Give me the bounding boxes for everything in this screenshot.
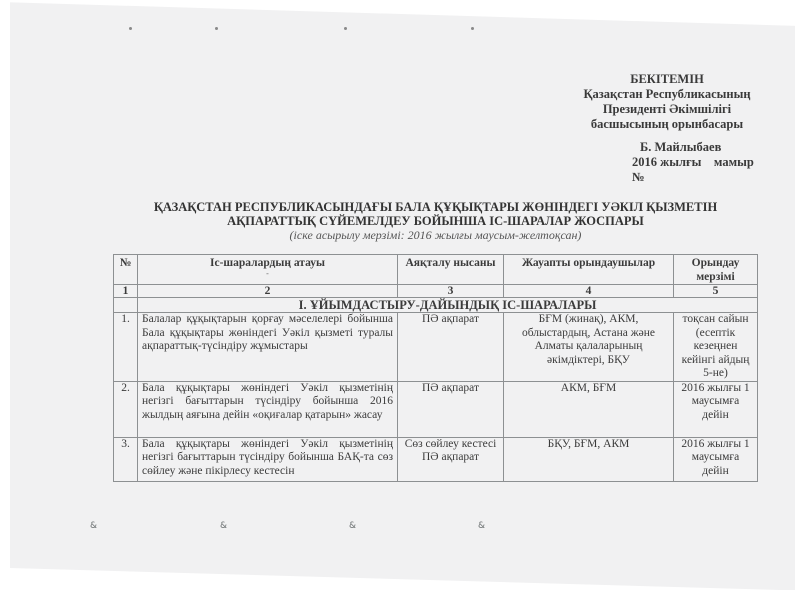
header-deadline: Орындау мерзімі: [674, 255, 758, 285]
activity-name: Балалар құқықтарын қорғау мәселелері бой…: [138, 313, 398, 382]
approval-heading: БЕКІТЕМІН: [572, 72, 762, 87]
section-row: I. ҰЙЫМДАСТЫРУ-ДАЙЫНДЫҚ ІС-ШАРАЛАРЫ: [114, 298, 758, 313]
scan-dot: [129, 27, 132, 30]
scan-mark: &: [90, 521, 97, 531]
approval-block: БЕКІТЕМІН Қазақстан Республикасының През…: [572, 72, 762, 132]
signatory-name: Б. Майлыбаев: [640, 140, 721, 155]
header-activity: Іс-шаралардың атауы-: [138, 255, 398, 285]
table-header-row: № Іс-шаралардың атауы- Аяқталу нысаны Жа…: [114, 255, 758, 285]
table-row: 3. Бала құқықтары жөніндегі Уәкіл қызмет…: [114, 437, 758, 481]
table-row: 2. Бала құқықтары жөніндегі Уәкіл қызмет…: [114, 381, 758, 437]
title-line: АҚПАРАТТЫҚ СҮЙЕМЕЛДЕУ БОЙЫНША ІС-ШАРАЛАР…: [113, 214, 758, 228]
column-number: 1: [114, 285, 138, 298]
deadline: тоқсан сайын (есептік кезеңнен кейінгі а…: [674, 313, 758, 382]
scan-dot: [344, 27, 347, 30]
column-number: 2: [138, 285, 398, 298]
column-number: 3: [398, 285, 504, 298]
header-number: №: [114, 255, 138, 285]
deadline: 2016 жылғы 1 маусымға дейін: [674, 381, 758, 437]
activity-name: Бала құқықтары жөніндегі Уәкіл қызметіні…: [138, 437, 398, 481]
scan-mark: &: [220, 521, 227, 531]
approval-date: 2016 жылғы мамыр: [632, 155, 754, 170]
plan-table: № Іс-шаралардың атауы- Аяқталу нысаны Жа…: [113, 254, 758, 482]
approval-line: басшысының орынбасары: [572, 117, 762, 132]
scan-dot: [215, 27, 218, 30]
column-number: 4: [504, 285, 674, 298]
header-responsible: Жауапты орындаушылар: [504, 255, 674, 285]
scan-dot: [471, 27, 474, 30]
approval-line: Қазақстан Республикасының: [572, 87, 762, 102]
completion-form: ПӘ ақпарат: [398, 313, 504, 382]
approval-number: №: [632, 170, 645, 185]
responsible: АКМ, БҒМ: [504, 381, 674, 437]
deadline: 2016 жылғы 1 маусымға дейін: [674, 437, 758, 481]
document-title: ҚАЗАҚСТАН РЕСПУБЛИКАСЫНДАҒЫ БАЛА ҚҰҚЫҚТА…: [113, 200, 758, 228]
section-title: I. ҰЙЫМДАСТЫРУ-ДАЙЫНДЫҚ ІС-ШАРАЛАРЫ: [138, 298, 758, 313]
row-number: 1.: [114, 313, 138, 382]
row-number: 3.: [114, 437, 138, 481]
row-number: 2.: [114, 381, 138, 437]
activity-name: Бала құқықтары жөніндегі Уәкіл қызметіні…: [138, 381, 398, 437]
column-number-row: 1 2 3 4 5: [114, 285, 758, 298]
title-line: ҚАЗАҚСТАН РЕСПУБЛИКАСЫНДАҒЫ БАЛА ҚҰҚЫҚТА…: [113, 200, 758, 214]
document-subtitle: (іске асырылу мерзімі: 2016 жылғы маусым…: [113, 228, 758, 243]
column-number: 5: [674, 285, 758, 298]
approval-line: Президенті Әкімшілігі: [572, 102, 762, 117]
responsible: БҚУ, БҒМ, АКМ: [504, 437, 674, 481]
scan-mark: &: [478, 521, 485, 531]
scan-mark: &: [349, 521, 356, 531]
completion-form: ПӘ ақпарат: [398, 381, 504, 437]
header-completion-form: Аяқталу нысаны: [398, 255, 504, 285]
completion-form: Сөз сөйлеу кестесі ПӘ ақпарат: [398, 437, 504, 481]
table-row: 1. Балалар құқықтарын қорғау мәселелері …: [114, 313, 758, 382]
responsible: БҒМ (жинақ), АКМ, облыстардың, Астана жә…: [504, 313, 674, 382]
